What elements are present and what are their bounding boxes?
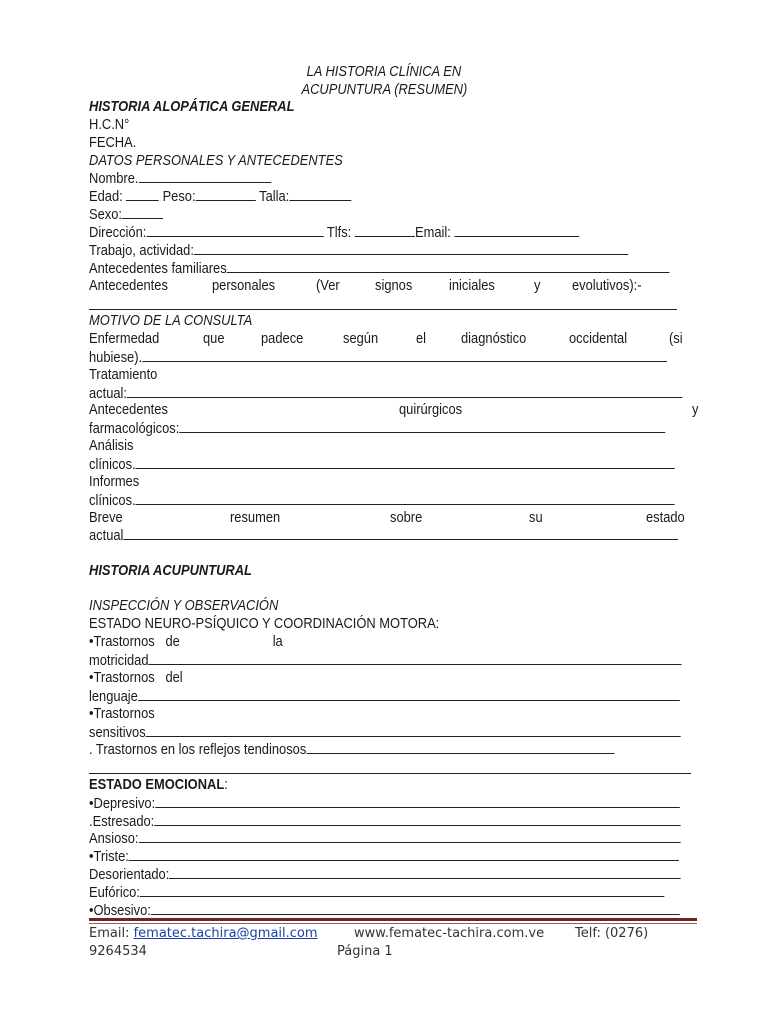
doc-title-line2: ACUPUNTURA (RESUMEN): [0, 81, 768, 99]
word: y: [534, 277, 540, 295]
word: sobre: [390, 509, 422, 527]
word: y: [692, 401, 698, 419]
informes-blank[interactable]: [136, 491, 675, 505]
label-trastornos: •Trastornos: [89, 705, 155, 723]
euforico-label: Eufórico:: [89, 884, 140, 901]
edad-label: Edad:: [89, 188, 123, 205]
document-page: LA HISTORIA CLÍNICA EN ACUPUNTURA (RESUM…: [0, 0, 768, 1024]
label-informes: Informes: [89, 473, 139, 491]
email-label: Email:: [415, 224, 451, 241]
lenguaje-label: lenguaje: [89, 688, 138, 705]
title-text: LA HISTORIA CLÍNICA EN: [307, 63, 462, 81]
motricidad-label: motricidad: [89, 652, 149, 669]
label-hcn: H.C.N°: [89, 116, 129, 134]
edad-blank[interactable]: [126, 187, 159, 201]
lenguaje-blank[interactable]: [138, 687, 680, 701]
talla-label: Talla:: [259, 188, 289, 205]
label-trastornos-de-la: •Trastornos dela: [89, 633, 283, 651]
reflejos-label: . Trastornos en los reflejos tendinosos: [89, 741, 306, 758]
depresivo-blank[interactable]: [155, 794, 680, 808]
word: padece: [261, 330, 303, 348]
word: que: [203, 330, 225, 348]
field-nombre: Nombre.: [89, 169, 271, 187]
nombre-blank[interactable]: [138, 169, 270, 183]
tlfs-label: Tlfs:: [327, 224, 351, 241]
field-depresivo: •Depresivo:: [89, 794, 680, 812]
label-analisis: Análisis: [89, 437, 133, 455]
word: resumen: [230, 509, 280, 527]
word: (si: [669, 330, 683, 348]
triste-blank[interactable]: [129, 847, 679, 861]
word: la: [273, 633, 283, 650]
word: estado: [646, 509, 685, 527]
obsesivo-label: •Obsesivo:: [89, 902, 151, 919]
farmacologicos-label: farmacológicos:: [89, 420, 179, 437]
desorientado-blank[interactable]: [169, 865, 681, 879]
sexo-blank[interactable]: [122, 205, 163, 219]
field-motricidad: motricidad: [89, 651, 682, 669]
word: Enfermedad: [89, 330, 159, 348]
footer-email-label: Email:: [89, 926, 129, 941]
word: occidental: [569, 330, 627, 348]
subheading-estado-neuro: ESTADO NEURO-PSÍQUICO Y COORDINACIÓN MOT…: [89, 615, 439, 633]
heading-historia-acupuntural: HISTORIA ACUPUNTURAL: [89, 562, 252, 580]
field-tratamiento-actual: actual:: [89, 384, 683, 402]
word: Breve: [89, 509, 123, 527]
heading-estado-emocional: ESTADO EMOCIONAL:: [89, 776, 228, 794]
field-edad-peso-talla: Edad: Peso: Talla:: [89, 187, 351, 205]
obsesivo-blank[interactable]: [151, 901, 680, 915]
hubiese-label: hubiese).: [89, 349, 142, 366]
ant-familiares-blank[interactable]: [227, 259, 670, 273]
field-antecedentes-quirurgicos: Antecedentes quirúrgicos y: [89, 401, 697, 419]
footer-rule-thin: [89, 923, 697, 924]
word: Antecedentes: [89, 401, 168, 419]
label-fecha: FECHA.: [89, 134, 136, 152]
farmacologicos-blank[interactable]: [179, 419, 665, 433]
word: según: [343, 330, 378, 348]
estado-actual-blank[interactable]: [123, 526, 678, 540]
footer-website: www.fematec-tachira.com.ve: [354, 926, 544, 942]
field-desorientado: Desorientado:: [89, 865, 681, 883]
field-ant-personales: Antecedentes personales (Ver signos inic…: [89, 277, 697, 295]
field-sexo: Sexo:: [89, 205, 163, 223]
reflejos-continuation-blank[interactable]: [89, 773, 691, 774]
field-hubiese: hubiese).: [89, 348, 667, 366]
word: diagnóstico: [461, 330, 526, 348]
direccion-label: Dirección:: [89, 224, 146, 241]
word: quirúrgicos: [399, 401, 462, 419]
footer-telf-number: 9264534: [89, 944, 147, 960]
estresado-label: .Estresado:: [89, 813, 154, 830]
sensitivos-label: sensitivos: [89, 724, 146, 741]
field-farmacologicos: farmacológicos:: [89, 419, 665, 437]
trabajo-blank[interactable]: [194, 241, 628, 255]
direccion-blank[interactable]: [146, 223, 323, 237]
heading-historia-alopatica: HISTORIA ALOPÁTICA GENERAL: [89, 98, 294, 116]
motricidad-blank[interactable]: [149, 651, 682, 665]
word: •Trastornos: [89, 633, 155, 650]
field-estresado: .Estresado:: [89, 812, 681, 830]
title-text: ACUPUNTURA (RESUMEN): [301, 81, 467, 99]
hubiese-blank[interactable]: [142, 348, 667, 362]
label-trastornos-del: •Trastornos del: [89, 669, 183, 687]
colon: :: [224, 776, 228, 793]
word: el: [416, 330, 426, 348]
word: de: [165, 633, 179, 650]
actual-label: actual: [89, 527, 123, 544]
doc-title-line1: LA HISTORIA CLÍNICA EN: [0, 63, 768, 81]
estresado-blank[interactable]: [154, 812, 680, 826]
field-breve-resumen: Breve resumen sobre su estado: [89, 509, 697, 527]
triste-label: •Triste:: [89, 848, 129, 865]
peso-blank[interactable]: [196, 187, 256, 201]
word: iniciales: [449, 277, 495, 295]
field-analisis-clinicos: clínicos.: [89, 455, 675, 473]
clinicos-label: clínicos.: [89, 492, 136, 509]
sensitivos-blank[interactable]: [146, 723, 681, 737]
ansioso-blank[interactable]: [138, 829, 680, 843]
clinicos-label: clínicos.: [89, 456, 136, 473]
field-enfermedad: Enfermedad que padece según el diagnósti…: [89, 330, 697, 348]
field-direccion-tlfs-email: Dirección: Tlfs: Email:: [89, 223, 579, 241]
subheading-datos-personales: DATOS PERSONALES Y ANTECEDENTES: [89, 152, 343, 170]
field-informes-clinicos: clínicos.: [89, 491, 675, 509]
estado-emocional-heading: ESTADO EMOCIONAL: [89, 776, 224, 793]
word: su: [529, 509, 543, 527]
footer-page-number: Página 1: [337, 944, 393, 960]
depresivo-label: •Depresivo:: [89, 795, 155, 812]
field-obsesivo: •Obsesivo:: [89, 901, 680, 919]
word: personales: [212, 277, 275, 295]
field-euforico: Eufórico:: [89, 883, 665, 901]
ant-familiares-label: Antecedentes familiares: [89, 260, 227, 277]
nombre-label: Nombre.: [89, 170, 138, 187]
analisis-blank[interactable]: [136, 455, 675, 469]
word: Antecedentes: [89, 277, 168, 295]
ant-personales-blank[interactable]: [89, 309, 677, 310]
heading-motivo-consulta: MOTIVO DE LA CONSULTA: [89, 312, 252, 330]
peso-label: Peso:: [163, 188, 196, 205]
field-ant-familiares: Antecedentes familiares: [89, 259, 670, 277]
field-trabajo: Trabajo, actividad:: [89, 241, 628, 259]
footer-telf: Telf: (0276): [575, 926, 648, 942]
ansioso-label: Ansioso:: [89, 830, 138, 847]
word: (Ver: [316, 277, 340, 295]
euforico-blank[interactable]: [140, 883, 665, 897]
field-triste: •Triste:: [89, 847, 679, 865]
field-lenguaje: lenguaje: [89, 687, 680, 705]
field-ansioso: Ansioso:: [89, 829, 680, 847]
sexo-label: Sexo:: [89, 206, 122, 223]
label-tratamiento: Tratamiento: [89, 366, 157, 384]
tratamiento-blank[interactable]: [127, 384, 683, 398]
talla-blank[interactable]: [289, 187, 351, 201]
footer-rule-thick: [89, 918, 697, 921]
email-blank[interactable]: [454, 223, 579, 237]
trabajo-label: Trabajo, actividad:: [89, 242, 194, 259]
footer-email-link[interactable]: fematec.tachira@gmail.com: [134, 926, 318, 941]
actual-label: actual:: [89, 385, 127, 402]
word: signos: [375, 277, 412, 295]
footer-line1: Email: fematec.tachira@gmail.com: [89, 926, 318, 942]
field-reflejos: . Trastornos en los reflejos tendinosos: [89, 740, 614, 758]
subheading-inspeccion: INSPECCIÓN Y OBSERVACIÓN: [89, 597, 278, 615]
field-estado-actual: actual: [89, 526, 678, 544]
word: evolutivos):-: [572, 277, 642, 295]
tlfs-blank[interactable]: [355, 223, 415, 237]
desorientado-label: Desorientado:: [89, 866, 169, 883]
field-sensitivos: sensitivos: [89, 723, 681, 741]
reflejos-blank[interactable]: [306, 740, 614, 754]
